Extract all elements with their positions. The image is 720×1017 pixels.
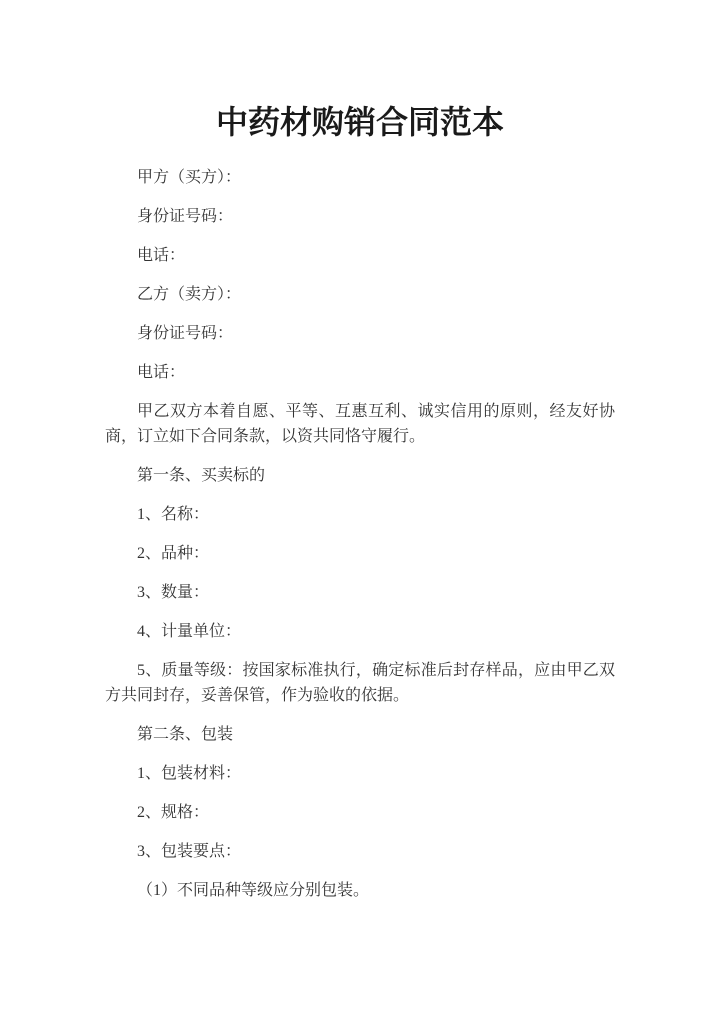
packing-spec-line: 2、规格： <box>105 800 615 825</box>
document-title: 中药材购销合同范本 <box>105 100 615 144</box>
party-b-phone-line: 电话： <box>105 360 615 385</box>
packing-point-1-line: （1）不同品种等级应分别包装。 <box>105 878 615 903</box>
party-a-id-line: 身份证号码： <box>105 204 615 229</box>
party-b-id-line: 身份证号码： <box>105 321 615 346</box>
party-b-line: 乙方（卖方）： <box>105 282 615 307</box>
document-content: 中药材购销合同范本 甲方（买方）： 身份证号码： 电话： 乙方（卖方）： 身份证… <box>0 0 720 903</box>
item-unit-line: 4、计量单位： <box>105 619 615 644</box>
item-variety-line: 2、品种： <box>105 541 615 566</box>
document-page: 中药材购销合同范本 甲方（买方）： 身份证号码： 电话： 乙方（卖方）： 身份证… <box>0 0 720 1017</box>
packing-points-line: 3、包装要点： <box>105 839 615 864</box>
item-quantity-line: 3、数量： <box>105 580 615 605</box>
item-quality-paragraph: 5、质量等级：按国家标准执行，确定标准后封存样品，应由甲乙双方共同封存，妥善保管… <box>105 658 615 708</box>
item-name-line: 1、名称： <box>105 502 615 527</box>
party-a-line: 甲方（买方）： <box>105 165 615 190</box>
article-2-heading: 第二条、包装 <box>105 722 615 747</box>
article-1-heading: 第一条、买卖标的 <box>105 463 615 488</box>
packing-material-line: 1、包装材料： <box>105 761 615 786</box>
preamble-paragraph: 甲乙双方本着自愿、平等、互惠互利、诚实信用的原则，经友好协商，订立如下合同条款，… <box>105 399 615 449</box>
party-a-phone-line: 电话： <box>105 243 615 268</box>
